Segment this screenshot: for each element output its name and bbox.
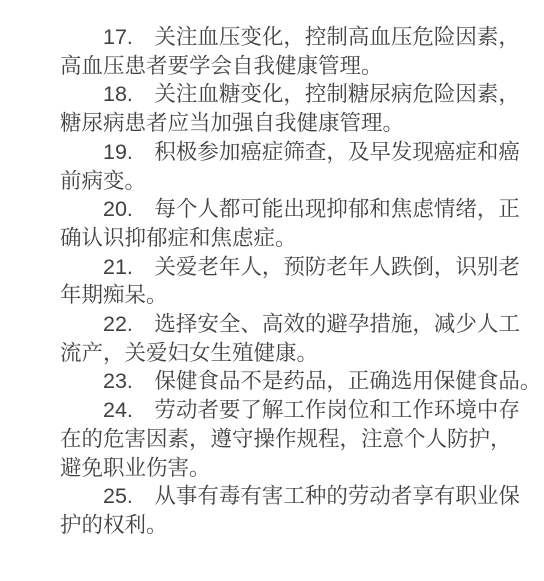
text-line: 20. 每个人都可能出现抑郁和焦虑情绪，正	[60, 195, 540, 224]
text-line: 流产，关爱妇女生殖健康。	[60, 339, 540, 368]
text-line: 糖尿病患者应当加强自我健康管理。	[60, 109, 540, 138]
text-line: 高血压患者要学会自我健康管理。	[60, 52, 540, 81]
text-line: 17. 关注血压变化，控制高血压危险因素，	[60, 23, 540, 52]
text-line: 避免职业伤害。	[60, 454, 540, 483]
text-line: 23. 保健食品不是药品，正确选用保健食品。	[60, 367, 540, 396]
text-line: 前病变。	[60, 167, 540, 196]
text-line: 确认识抑郁症和焦虑症。	[60, 224, 540, 253]
text-line: 在的危害因素，遵守操作规程，注意个人防护，	[60, 425, 540, 454]
text-line: 25. 从事有毒有害工种的劳动者享有职业保	[60, 482, 540, 511]
text-line: 年期痴呆。	[60, 281, 540, 310]
text-block: 17. 关注血压变化，控制高血压危险因素，高血压患者要学会自我健康管理。18. …	[60, 23, 540, 540]
text-line: 护的权利。	[60, 511, 540, 540]
text-line: 22. 选择安全、高效的避孕措施，减少人工	[60, 310, 540, 339]
book-page: 17. 关注血压变化，控制高血压危险因素，高血压患者要学会自我健康管理。18. …	[0, 0, 544, 581]
text-line: 18. 关注血糖变化，控制糖尿病危险因素，	[60, 80, 540, 109]
text-line: 24. 劳动者要了解工作岗位和工作环境中存	[60, 396, 540, 425]
text-line: 19. 积极参加癌症筛查，及早发现癌症和癌	[60, 138, 540, 167]
text-line: 21. 关爱老年人，预防老年人跌倒，识别老	[60, 253, 540, 282]
